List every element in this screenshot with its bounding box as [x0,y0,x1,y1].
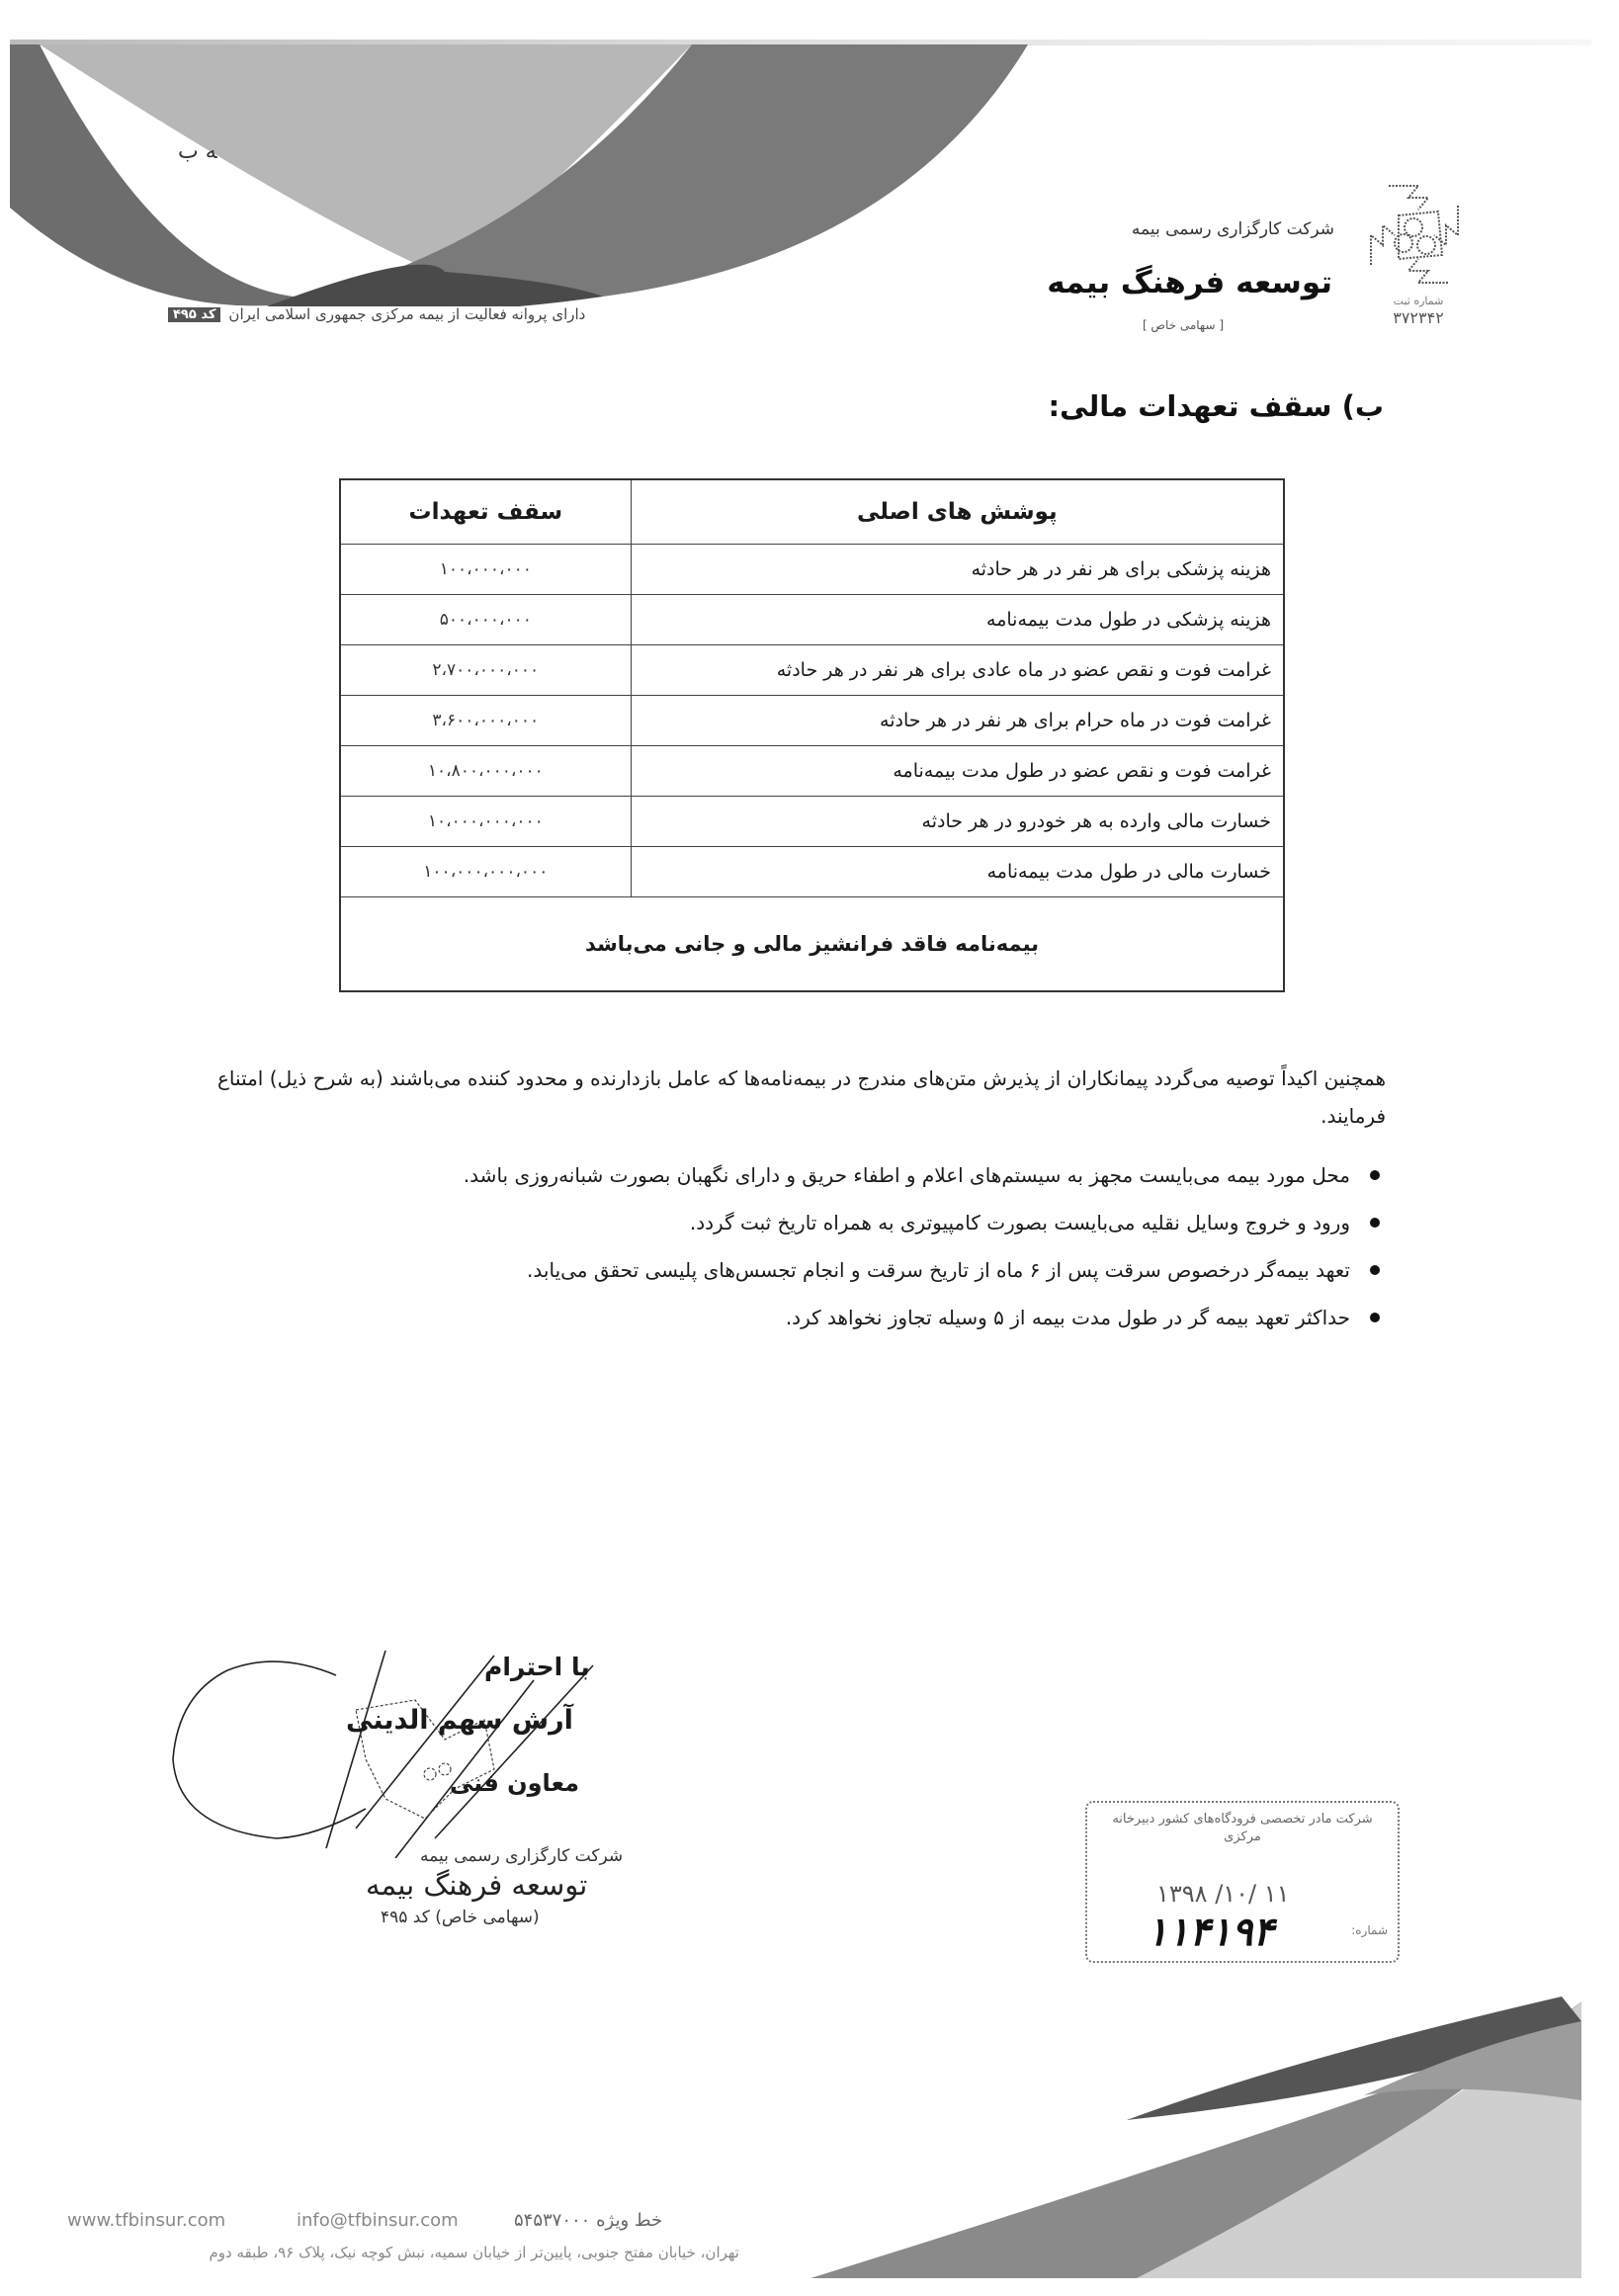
table-row: غرامت فوت در ماه حرام برای هر نفر در هر … [340,696,1284,746]
footer-decorative-graphic [810,1982,1591,2288]
stamp-number-label: شماره: [1351,1923,1388,1937]
signature-regards: با احترام [484,1653,590,1681]
table-row: هزینه پزشکی در طول مدت بیمه‌نامه ۵۰۰،۰۰۰… [340,595,1284,645]
hotline-number: ۵۴۵۳۷۰۰۰ [514,2210,590,2231]
limit-cell: ۵۰۰،۰۰۰،۰۰۰ [340,595,631,645]
limit-cell: ۱۰۰،۰۰۰،۰۰۰ [340,545,631,595]
header-limit: سقف تعهدات [340,479,631,545]
coverage-cell: غرامت فوت و نقص عضو در طول مدت بیمه‌نامه [631,746,1284,797]
list-item: تعهد بیمه‌گر درخصوص سرقت پس از ۶ ماه از … [217,1251,1386,1289]
logo-registration-label: شماره ثبت [1364,295,1473,307]
coverage-limits-table: پوشش های اصلی سقف تعهدات هزینه پزشکی برا… [339,478,1285,992]
company-type: [ سهامی خاص ] [1143,318,1224,332]
license-code-badge: کد ۴۹۵ [168,307,220,322]
list-item: محل مورد بیمه می‌بایست مجهز به سیستم‌های… [217,1156,1386,1194]
table-row: غرامت فوت و نقص عضو در طول مدت بیمه‌نامه… [340,746,1284,797]
footer-website-link[interactable]: www.tfbinsur.com [67,2210,225,2231]
received-stamp: شرکت مادر تخصصی فرودگاه‌های کشور دبیرخان… [1085,1801,1400,1963]
coverage-cell: هزینه پزشکی برای هر نفر در هر حادثه [631,545,1284,595]
stamp-company-name: توسعه فرهنگ بیمه [366,1868,587,1902]
footer-address: تهران، خیابان مفتح جنوبی، پایین‌تر از خی… [67,2244,739,2261]
coverage-cell: خسارت مالی وارده به هر خودرو در هر حادثه [631,797,1284,847]
table-note-row: بیمه‌نامه فاقد فرانشیز مالی و جانی می‌با… [340,897,1284,992]
limit-cell: ۱۰،۸۰۰،۰۰۰،۰۰۰ [340,746,631,797]
coverage-cell: غرامت فوت و نقص عضو در ماه عادی برای هر … [631,645,1284,696]
table-row: هزینه پزشکی برای هر نفر در هر حادثه ۱۰۰،… [340,545,1284,595]
limit-cell: ۱۰،۰۰۰،۰۰۰،۰۰۰ [340,797,631,847]
stamp-organization: شرکت مادر تخصصی فرودگاه‌های کشور دبیرخان… [1097,1811,1388,1846]
stamp-company-code: (سهامی خاص) کد ۴۹۵ [381,1908,540,1927]
coverage-cell: خسارت مالی در طول مدت بیمه‌نامه [631,847,1284,897]
coverage-cell: هزینه پزشکی در طول مدت بیمه‌نامه [631,595,1284,645]
restrictions-list: محل مورد بیمه می‌بایست مجهز به سیستم‌های… [217,1156,1386,1346]
section-title: ب) سقف تعهدات مالی: [1048,389,1384,423]
table-header-row: پوشش های اصلی سقف تعهدات [340,479,1284,545]
license-text: دارای پروانه فعالیت از بیمه مرکزی جمهوری… [228,305,585,323]
header-coverage: پوشش های اصلی [631,479,1284,545]
stamp-registration-number: ۱۱۴۱۹۴ [1147,1910,1274,1955]
logo-registration-number: ۳۷۲۳۴۲ [1364,308,1473,327]
company-logo-icon [1359,176,1478,295]
limit-cell: ۲،۷۰۰،۰۰۰،۰۰۰ [340,645,631,696]
table-footer-note: بیمه‌نامه فاقد فرانشیز مالی و جانی می‌با… [340,897,1284,992]
stamp-date: ۱۳۹۸ /۱۰/ ۱۱ [1156,1880,1290,1908]
list-item: ورود و خروج وسایل نقلیه می‌بایست بصورت ک… [217,1204,1386,1241]
license-line: دارای پروانه فعالیت از بیمه مرکزی جمهوری… [168,305,585,323]
hotline-label: خط ویژه [596,2210,662,2231]
list-item: حداکثر تعهد بیمه گر در طول مدت بیمه از ۵… [217,1299,1386,1336]
company-subtitle: شرکت کارگزاری رسمی بیمه [1132,219,1334,239]
svg-text:ﻪ ب: ﻪ ب [178,139,218,164]
limit-cell: ۳،۶۰۰،۰۰۰،۰۰۰ [340,696,631,746]
stamp-company-subtitle: شرکت کارگزاری رسمی بیمه [420,1846,623,1866]
company-name: توسعه فرهنگ بیمه [1047,265,1332,300]
limit-cell: ۱۰۰،۰۰۰،۰۰۰،۰۰۰ [340,847,631,897]
intro-paragraph: همچنین اکیداً توصیه می‌گردد پیمانکاران ا… [217,1060,1386,1135]
table-row: غرامت فوت و نقص عضو در ماه عادی برای هر … [340,645,1284,696]
header-decorative-graphic: ﻪ ب [10,40,1591,306]
footer-email-link[interactable]: info@tfbinsur.com [297,2210,459,2231]
table-row: خسارت مالی در طول مدت بیمه‌نامه ۱۰۰،۰۰۰،… [340,847,1284,897]
signatory-name: آرش سهم الدینی [346,1705,573,1736]
table-row: خسارت مالی وارده به هر خودرو در هر حادثه… [340,797,1284,847]
footer-hotline: خط ویژه ۵۴۵۳۷۰۰۰ [514,2210,662,2231]
coverage-cell: غرامت فوت در ماه حرام برای هر نفر در هر … [631,696,1284,746]
signatory-title: معاون فنی [450,1769,579,1797]
